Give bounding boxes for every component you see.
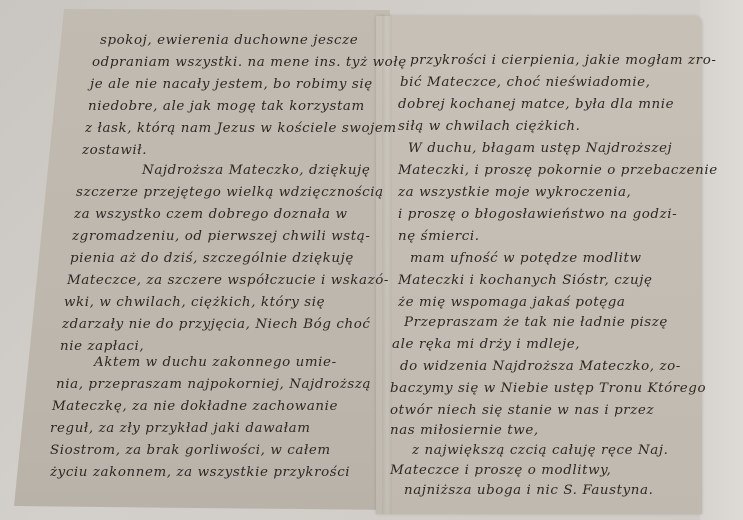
handwritten-line: i proszę o błogosławieństwo na godzi- — [398, 204, 677, 226]
handwritten-line: mam ufność w potędze modlitw — [410, 248, 642, 270]
handwritten-line: siłą w chwilach ciężkich. — [398, 116, 581, 138]
handwritten-line: do widzenia Najdroższa Mateczko, zo- — [400, 356, 681, 378]
handwritten-line: Mateczki, i proszę pokornie o przebaczen… — [398, 160, 718, 182]
handwritten-line: najniższa uboga i nic S. Faustyna. — [404, 480, 653, 502]
handwritten-line: Mateczce i proszę o modlitwy, — [390, 460, 611, 482]
handwritten-line: ale ręka mi drży i mdleje, — [392, 334, 580, 356]
handwritten-line: otwór niech się stanie w nas i przez — [390, 400, 654, 422]
handwritten-line: za wszystkie moje wykroczenia, — [398, 182, 631, 204]
handwritten-line: bić Mateczce, choć nieświadomie, — [400, 72, 650, 94]
handwritten-line: Mateczki i kochanych Sióstr, czuję — [398, 270, 652, 292]
handwritten-line: Przepraszam że tak nie ładnie piszę — [404, 312, 668, 334]
handwritten-line: baczymy się w Niebie ustęp Tronu Którego — [390, 378, 706, 400]
handwritten-line: nę śmierci. — [398, 226, 480, 248]
handwritten-line: W duchu, błagam ustęp Najdroższej — [408, 138, 672, 160]
handwritten-line: z największą czcią całuję ręce Naj. — [412, 440, 669, 462]
right-page-text: przykrości i cierpienia, jakie mogłam zr… — [0, 0, 743, 520]
handwritten-line: że mię wspomaga jakaś potęga — [398, 292, 626, 314]
handwritten-line: nas miłosiernie twe, — [390, 420, 539, 442]
handwritten-line: przykrości i cierpienia, jakie mogłam zr… — [410, 50, 716, 72]
handwritten-line: dobrej kochanej matce, była dla mnie — [398, 94, 674, 116]
